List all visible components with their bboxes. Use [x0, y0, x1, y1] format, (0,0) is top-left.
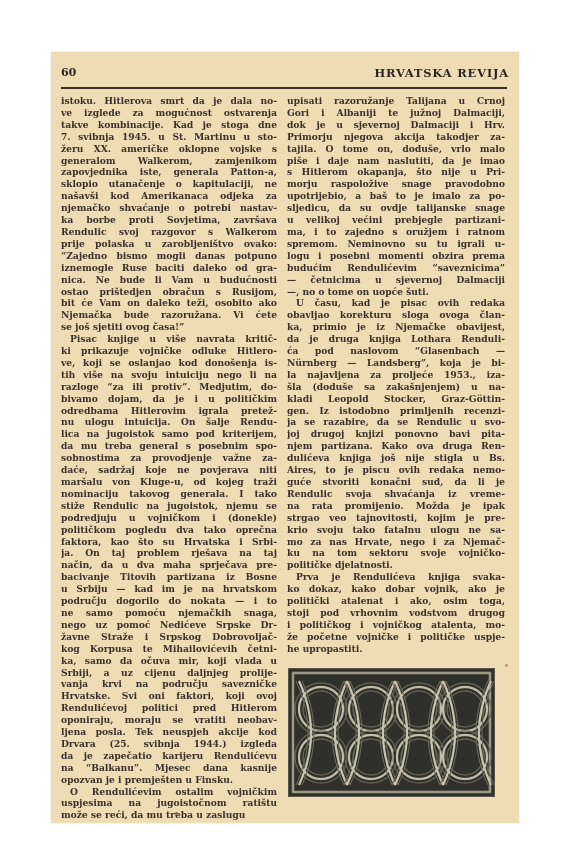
text-line: budućim Rendulićevim “saveznicima”: [287, 263, 505, 275]
text-line: političke djelatnosti.: [287, 560, 505, 572]
text-line: šla (doduše sa zakašnjenjem) u na-: [287, 382, 505, 394]
text-line: sobnostima za provodjenje važne za-: [61, 453, 277, 465]
text-line: ka, primio je iz Njemačke obavijest,: [287, 322, 505, 334]
knot-ornament-icon: [289, 669, 494, 796]
text-line: 7. svibnja 1945. u St. Martinu u sto-: [61, 132, 277, 144]
paper-speck: [175, 812, 178, 815]
text-line: bit će Vam on daleko teži, osobito ako: [61, 298, 277, 310]
text-line: Rendulićevoj politici pred Hitlerom: [61, 703, 277, 715]
text-line: ja. On taj problem rješava na taj: [61, 548, 277, 560]
text-line: ma, i to zajedno s oružjem i ratnom: [287, 227, 505, 239]
text-line: bivamo dojam, da je i u političkim: [61, 394, 277, 406]
text-line: maršalu von Kluge-u, od kojeg traži: [61, 477, 277, 489]
text-line: kog Korpusa te Mihailovićevih četni-: [61, 644, 277, 656]
text-line: Rendulic svoj razgovor s Walkerom: [61, 227, 277, 239]
text-line: ka borbe proti Sovjetima, završava: [61, 215, 277, 227]
text-line: nominaciju takovog generala. I tako: [61, 489, 277, 501]
text-line: na rata promijenio. Možda je ipak: [287, 501, 505, 513]
text-line: žeru XX. američke oklopne vojske s: [61, 144, 277, 156]
text-line: obavljao korekturu sloga ovoga član-: [287, 310, 505, 322]
text-line: ostao prištedjen obračun s Rusijom,: [61, 287, 277, 299]
page-number: 60: [61, 66, 76, 79]
text-line: sljedicu, da su ovdje talijanske snage: [287, 203, 505, 215]
running-head: 60 HRVATSKA REVIJA: [61, 62, 509, 82]
text-line: morju raspoložive snage pravodobno: [287, 179, 505, 191]
text-line: našavši kod Amerikanaca odjeka za: [61, 191, 277, 203]
text-line: zapovjednika iste, generala Patton-a,: [61, 167, 277, 179]
text-line: Prva je Rendulićeva knjiga svaka-: [287, 572, 505, 584]
text-line: piše i daje nam naslutiti, da je imao: [287, 156, 505, 168]
text-line: uspjesima na jugoistočnom ratištu: [61, 798, 277, 810]
braided-ornament-figure: [288, 668, 495, 797]
text-line: i političkog i vojničkog atalenta, mo-: [287, 620, 505, 632]
text-line: Hrvatske. Svi oni faktori, koji ovoj: [61, 691, 277, 703]
text-line: kladi Leopold Stocker, Graz-Göttin-: [287, 394, 505, 406]
text-line: la najavljena za proljeće 1953., iza-: [287, 370, 505, 382]
left-text-column: istoku. Hitlerova smrt da je dala no-ve …: [61, 96, 277, 822]
text-line: daće, sadržaj koje ne povjerava niti: [61, 465, 277, 477]
text-line: njemačko shvaćanje o potrebi nastav-: [61, 203, 277, 215]
text-line: upisati razoružanje Talijana u Crnoj: [287, 96, 505, 108]
text-line: ki prikazuje vojničke odluke Hitlero-: [61, 346, 277, 358]
text-line: ko dokaz, kako dobar vojnik, ako je: [287, 584, 505, 596]
text-line: upotrijebio, a baš to je imalo za po-: [287, 191, 505, 203]
text-line: faktora, kao što su Hrvatska i Srbi-: [61, 537, 277, 549]
text-line: politički atalenat i ako, osim toga,: [287, 596, 505, 608]
text-line: da je zapečatio karijeru Rendulićevu: [61, 751, 277, 763]
text-line: he upropastiti.: [287, 644, 505, 656]
text-line: ka, samo da očuva mir, koji vlada u: [61, 656, 277, 668]
text-line: Rendulic svoja shvaćanja iz vreme-: [287, 489, 505, 501]
text-line: ku na tom sektoru svoje vojničko-: [287, 548, 505, 560]
text-line: žavne Straže i Srpskog Dobrovoljač-: [61, 632, 277, 644]
text-line: dulićeva knjiga još nije stigla u Bs.: [287, 453, 505, 465]
header-rule: [61, 87, 507, 89]
text-line: području dogorilo do nokata — i to: [61, 596, 277, 608]
text-line: političkom pogledu dva tako oprečna: [61, 525, 277, 537]
text-line: ća pod naslovom “Glasenbach —: [287, 346, 505, 358]
text-line: logu i posebni momenti obzira prema: [287, 251, 505, 263]
text-line: tajila. O tome on, doduše, vrlo malo: [287, 144, 505, 156]
text-line: nu ulogu intuicija. On šalje Rendu-: [61, 417, 277, 429]
right-text-column: upisati razoružanje Talijana u CrnojGori…: [287, 96, 505, 656]
text-line: može se reći, da mu treba u zaslugu: [61, 810, 277, 822]
text-line: da je druga knjiga Lothara Renduli-: [287, 334, 505, 346]
text-line: stiže Rendulic na jugoistok, njemu se: [61, 501, 277, 513]
text-line: nica. Ne bude li Vam u budućnosti: [61, 275, 277, 287]
text-line: ljena posla. Tek neuspjeh akcije kod: [61, 727, 277, 739]
text-line: odredbama Hitlerovim igrala pretež-: [61, 406, 277, 418]
text-line: ja se razabire, da se Rendulic u svo-: [287, 417, 505, 429]
text-line: podredjuju u vojničkom i (donekle): [61, 513, 277, 525]
text-line: strgao veo tajnovitosti, kojim je pre-: [287, 513, 505, 525]
text-line: Njemačka bude razoružana. Vi ćete: [61, 310, 277, 322]
text-line: u Srbiju — kad im je na hrvatskom: [61, 584, 277, 596]
text-line: ve, koji se oslanjao kod donošenja is-: [61, 358, 277, 370]
text-line: iznemogle Ruse baciti daleko od gra-: [61, 263, 277, 275]
text-line: sklopio utanačenje o kapitulaciji, ne: [61, 179, 277, 191]
text-line: bacivanje Titovih partizana iz Bosne: [61, 572, 277, 584]
text-line: s Hitlerom okapanja, što nije u Pri-: [287, 167, 505, 179]
text-line: u velikoj većini prebjegle partizani-: [287, 215, 505, 227]
text-line: krio svoju tako fatalnu ulogu ne sa-: [287, 525, 505, 537]
text-line: Aires, to je piscu ovih redaka nemo-: [287, 465, 505, 477]
text-line: tih više na svoju intuiciju nego li na: [61, 370, 277, 382]
text-line: vanja krvi na području savezničke: [61, 679, 277, 691]
text-line: Srbiji, a uz cijenu daljnjeg prolije-: [61, 668, 277, 680]
text-line: Nürnberg — Landsberg”, koja je bi-: [287, 358, 505, 370]
text-line: da mu treba general s posebnim spo-: [61, 441, 277, 453]
text-line: —, no o tome on uopće šuti.: [287, 287, 505, 299]
text-line: — četnicima u sjevernoj Dalmaciji: [287, 275, 505, 287]
text-line: U času, kad je pisac ovih redaka: [287, 298, 505, 310]
text-line: O Rendulićevim ostalim vojničkim: [61, 787, 277, 799]
text-line: istoku. Hitlerova smrt da je dala no-: [61, 96, 277, 108]
text-line: lica na jugoistok samo pod kriterijem,: [61, 429, 277, 441]
text-line: se još sjetiti ovog časa!”: [61, 322, 277, 334]
text-line: opozvan je i premješten u Finsku.: [61, 775, 277, 787]
text-line: prije polaska u zarobljeništvo ovako:: [61, 239, 277, 251]
text-line: oponiraju, moraju se vratiti neobav-: [61, 715, 277, 727]
text-line: že početne vojničke i političke uspje-: [287, 632, 505, 644]
text-line: ve izglede za mogućnost ostvarenja: [61, 108, 277, 120]
text-line: dok je u sjevernoj Dalmaciji i Hrv.: [287, 120, 505, 132]
text-line: Primorju njegova akcija takodjer za-: [287, 132, 505, 144]
paper-speck: [505, 664, 508, 667]
text-line: stoji pod vrhovnim vodstvom drugog: [287, 608, 505, 620]
text-line: razloge “za ili protiv”. Medjutim, do-: [61, 382, 277, 394]
text-line: guće stvoriti konačni sud, da li je: [287, 477, 505, 489]
text-line: ne samo pomoću njemačkih snaga,: [61, 608, 277, 620]
journal-page: 60 HRVATSKA REVIJA istoku. Hitlerova smr…: [51, 52, 519, 823]
text-line: način, da u dva maha sprječava pre-: [61, 560, 277, 572]
text-line: takve kombinacije. Kad je stoga dne: [61, 120, 277, 132]
text-line: “Zajedno bismo mogli danas potpuno: [61, 251, 277, 263]
text-line: joj drugoj knjizi ponovno bavi pita-: [287, 429, 505, 441]
text-line: mo za nas Hrvate, nego i za Njemač-: [287, 537, 505, 549]
text-line: gen. Iz istodobno primljenih recenzi-: [287, 406, 505, 418]
text-line: generalom Walkerom, zamjenikom: [61, 156, 277, 168]
journal-title: HRVATSKA REVIJA: [374, 66, 509, 80]
text-line: na “Balkanu”. Mjesec dana kasnije: [61, 763, 277, 775]
text-line: spremom. Neminovno su tu igrali u-: [287, 239, 505, 251]
text-line: njem partizana. Kako ova druga Ren-: [287, 441, 505, 453]
text-line: nego uz pomoć Nedićeve Srpske Dr-: [61, 620, 277, 632]
text-line: Pisac knjige u više navrata kritič-: [61, 334, 277, 346]
text-line: Gori i Albaniji te južnoj Dalmaciji,: [287, 108, 505, 120]
text-line: Drvara (25. svibnja 1944.) izgleda: [61, 739, 277, 751]
